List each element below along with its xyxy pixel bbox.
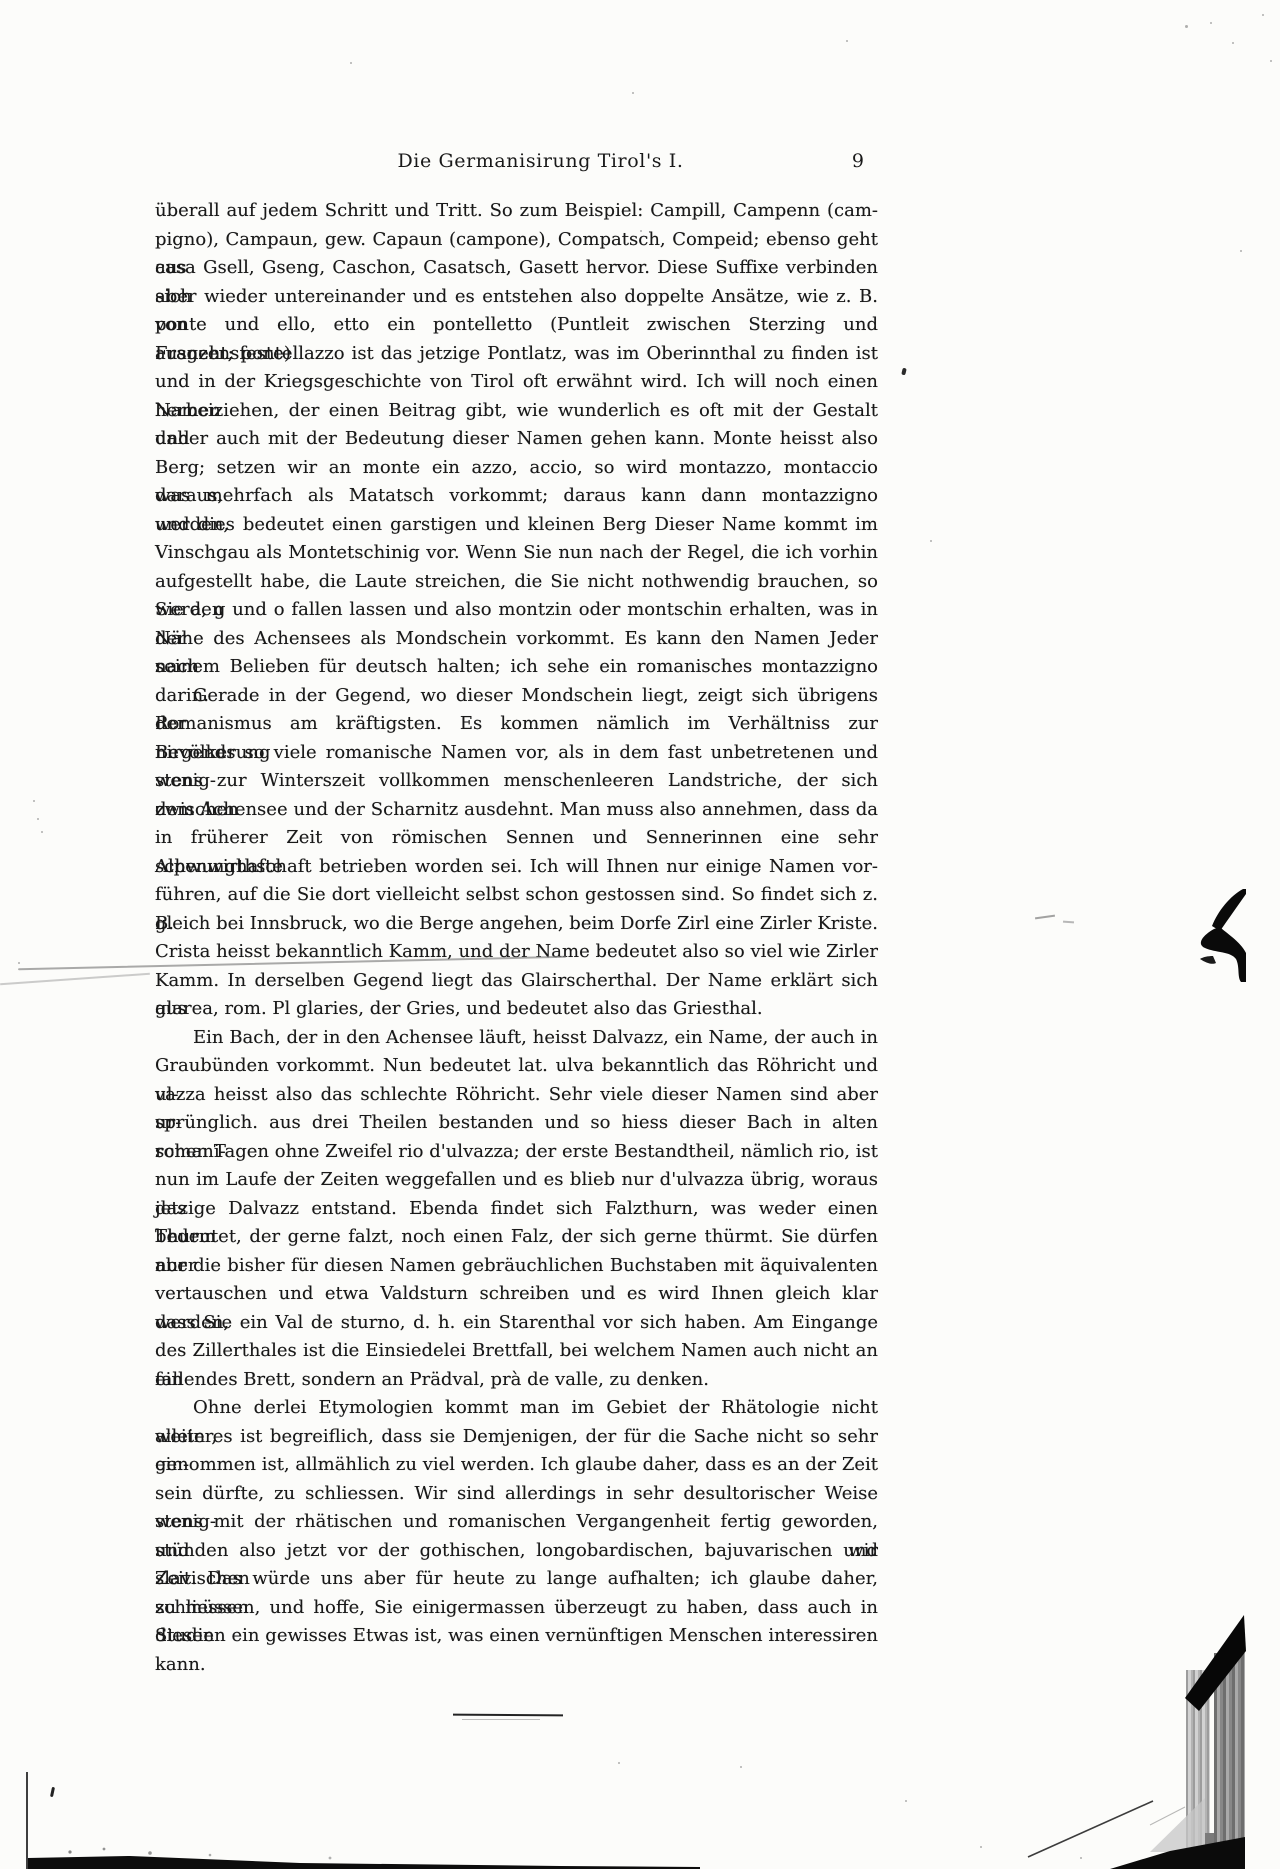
- text-line: stens zur Winterszeit vollkommen mensche…: [155, 767, 878, 796]
- text-line: herbeiziehen, der einen Beitrag gibt, wi…: [155, 397, 878, 426]
- text-line: aber wieder untereinander und es entsteh…: [155, 283, 878, 312]
- scan-bottom-edge-strip: [0, 1840, 700, 1869]
- text-line: bedeutet, der gerne falzt, noch einen Fa…: [155, 1223, 878, 1252]
- text-line: allein es ist begreiflich, dass sie Demj…: [155, 1423, 878, 1452]
- paragraph: überall auf jedem Schritt und Tritt. So …: [155, 197, 878, 682]
- scan-scratch-margin: [0, 973, 150, 985]
- scanned-book-page: Die Germanisirung Tirol's I. 9 überall a…: [0, 0, 1280, 1869]
- text-line: des Zillerthales ist die Einsiedelei Bre…: [155, 1337, 878, 1366]
- noise-speck: [905, 1800, 907, 1802]
- text-line: und dies bedeutet einen garstigen und kl…: [155, 511, 878, 540]
- text-line: sprünglich. aus drei Theilen bestanden u…: [155, 1109, 878, 1138]
- text-line: glarea, rom. Pl glaries, der Gries, und …: [155, 995, 878, 1024]
- noise-speck: [37, 818, 39, 820]
- noise-speck: [1262, 14, 1264, 16]
- text-line: was mehrfach als Matatsch vorkommt; dara…: [155, 482, 878, 511]
- scan-scratch-dash: [1063, 921, 1074, 924]
- text-line: nirgends so viele romanische Namen vor, …: [155, 739, 878, 768]
- text-line: Gerade in der Gegend, wo dieser Mondsche…: [155, 682, 878, 711]
- text-line: Ohne derlei Etymologien kommt man im Geb…: [155, 1394, 878, 1423]
- text-line: gleich bei Innsbruck, wo die Berge angeh…: [155, 910, 878, 939]
- text-line: dem Achensee und der Scharnitz ausdehnt.…: [155, 796, 878, 825]
- scan-ink-speck: [50, 1787, 55, 1797]
- text-line: Kamm. In derselben Gegend liegt das Glai…: [155, 967, 878, 996]
- footer-rule: [453, 1714, 563, 1717]
- scan-ink-speck: [901, 368, 907, 376]
- text-line: vertauschen und etwa Valdsturn schreiben…: [155, 1280, 878, 1309]
- scan-book-edge-bottom-right: [1000, 1595, 1280, 1869]
- text-line: führen, auf die Sie dort vielleicht selb…: [155, 881, 878, 910]
- text-line: pigno), Campaun, gew. Capaun (campone), …: [155, 226, 878, 255]
- noise-speck: [1270, 60, 1272, 62]
- text-line: überall auf jedem Schritt und Tritt. So …: [155, 197, 878, 226]
- noise-speck: [350, 62, 352, 64]
- noise-speck: [1185, 25, 1188, 28]
- text-line: Romanismus am kräftigsten. Es kommen näm…: [155, 710, 878, 739]
- text-line: und in der Kriegsgeschichte von Tirol of…: [155, 368, 878, 397]
- page-number: 9: [852, 150, 864, 172]
- text-line: ponte und ello, etto ein pontelletto (Pu…: [155, 311, 878, 340]
- noise-speck: [1210, 22, 1212, 24]
- noise-speck: [18, 962, 20, 964]
- text-line: Ein Bach, der in den Achensee läuft, hei…: [155, 1024, 878, 1053]
- noise-speck: [980, 1846, 982, 1848]
- text-line: sein dürfte, zu schliessen. Wir sind all…: [155, 1480, 878, 1509]
- text-line: nun im Laufe der Zeiten weggefallen und …: [155, 1166, 878, 1195]
- text-line: nur die bisher für diesen Namen gebräuch…: [155, 1252, 878, 1281]
- text-line: Nähe des Achensees als Mondschein vorkom…: [155, 625, 878, 654]
- text-line: seinem Belieben für deutsch halten; ich …: [155, 653, 878, 682]
- text-line: vazza heisst also das schlechte Röhricht…: [155, 1081, 878, 1110]
- text-line: Vinschgau als Montetschinig vor. Wenn Si…: [155, 539, 878, 568]
- text-line: jetzige Dalvazz entstand. Ebenda findet …: [155, 1195, 878, 1224]
- noise-speck: [846, 40, 848, 42]
- text-line: in früherer Zeit von römischen Sennen un…: [155, 824, 878, 853]
- header-title: Die Germanisirung Tirol's I.: [179, 150, 902, 172]
- text-line: stens mit der rhätischen und romanischen…: [155, 1508, 878, 1537]
- noise-speck: [41, 831, 43, 833]
- text-line: Graubünden vorkommt. Nun bedeutet lat. u…: [155, 1052, 878, 1081]
- body-text: überall auf jedem Schritt und Tritt. So …: [155, 197, 878, 1651]
- text-line: aufgestellt habe, die Laute streichen, d…: [155, 568, 878, 597]
- text-line: Studien ein gewisses Etwas ist, was eine…: [155, 1622, 878, 1651]
- running-header: Die Germanisirung Tirol's I. 9: [155, 150, 878, 176]
- paragraph: Ohne derlei Etymologien kommt man im Geb…: [155, 1394, 878, 1651]
- scan-ink-blob-right-margin: [1180, 885, 1246, 985]
- text-line: casa Gsell, Gseng, Caschon, Casatsch, Ga…: [155, 254, 878, 283]
- noise-speck: [1240, 250, 1242, 252]
- text-line: schen Tagen ohne Zweifel rio d'ulvazza; …: [155, 1138, 878, 1167]
- noise-speck: [1232, 42, 1234, 44]
- text-line: dass Sie ein Val de sturno, d. h. ein St…: [155, 1309, 878, 1338]
- noise-speck: [618, 1762, 620, 1764]
- text-line: Berg; setzen wir an monte ein azzo, acci…: [155, 454, 878, 483]
- paragraph: Ein Bach, der in den Achensee läuft, hei…: [155, 1024, 878, 1395]
- text-line: zu müssen, und hoffe, Sie einigermassen …: [155, 1594, 878, 1623]
- footer-rule-echo: [462, 1719, 540, 1720]
- text-line: Zeit. Das würde uns aber für heute zu la…: [155, 1565, 878, 1594]
- text-line: ausgeht; pontellazzo ist das jetzige Pon…: [155, 340, 878, 369]
- text-line: Sie a, g und o fallen lassen und also mo…: [155, 596, 878, 625]
- text-line: genommen ist, allmählich zu viel werden.…: [155, 1451, 878, 1480]
- noise-speck: [930, 540, 932, 542]
- text-line: Alpenwirthschaft betrieben worden sei. I…: [155, 853, 878, 882]
- text-line: stünden also jetzt vor der gothischen, l…: [155, 1537, 878, 1566]
- noise-speck: [632, 92, 634, 94]
- text-line: fallendes Brett, sondern an Prädval, prà…: [155, 1366, 878, 1395]
- noise-speck: [640, 230, 642, 232]
- noise-speck: [33, 800, 35, 802]
- scan-scratch-dash: [1035, 915, 1055, 920]
- paragraph: Gerade in der Gegend, wo dieser Mondsche…: [155, 682, 878, 1024]
- noise-speck: [740, 1766, 742, 1768]
- text-line: daher auch mit der Bedeutung dieser Name…: [155, 425, 878, 454]
- noise-speck: [1080, 1857, 1082, 1859]
